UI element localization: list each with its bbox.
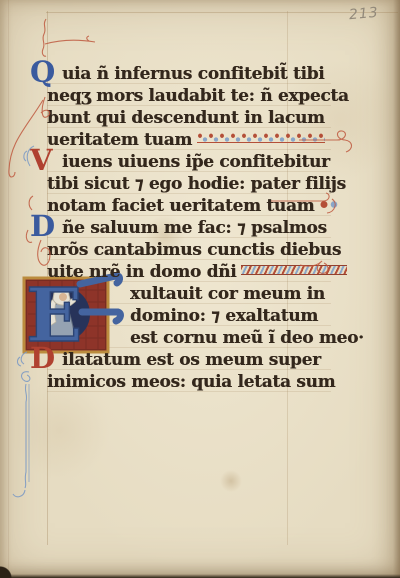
manuscript-page: 213 E Quia ñ infernus confitebit̃ tibi n… [0, 0, 400, 578]
text-line-5: Viuens uiuens ip̃e confitebitur [47, 152, 330, 174]
text-line-6: tibi sicut ⁊ ego hodie: pater filijs [47, 174, 346, 196]
line-filler-scallop [197, 133, 325, 143]
page-corner-shadow [0, 566, 16, 578]
page-edge-right [393, 0, 400, 578]
text-line-12: domino: ⁊ exaltatum [47, 306, 318, 328]
parchment-crease [8, 0, 9, 578]
text-line-15: inimicos meos: quia letata sum [47, 372, 335, 394]
ruling-line-top [46, 12, 398, 13]
page-edge-bottom [0, 574, 400, 578]
text-line-4: ueritatem tuam [47, 130, 325, 152]
line-filler-ornament [319, 200, 341, 209]
text-line-8: Dñe saluum me fac: ⁊ psalmos [47, 218, 327, 240]
text-line-10: uite nrẽ in domo dñi [47, 262, 347, 284]
text-line-3: bunt qui descendunt in lacum [47, 108, 325, 130]
text-line-11: xultauit cor meum in [47, 284, 325, 306]
folio-number: 213 [348, 5, 379, 24]
text-line-1: Quia ñ infernus confitebit̃ tibi [47, 64, 324, 86]
line-filler-zigzag [241, 265, 347, 275]
text-line-9: nrõs cantabimus cunctis diebus [47, 240, 341, 262]
pen-initial-v: V [30, 145, 52, 175]
text-line-13: est cornu meũ ĩ deo meo· [47, 328, 364, 350]
text-line-2: neqʒ mors laudabit te: ñ expecta [47, 86, 349, 108]
text-line-14: Dilatatum est os meum super [47, 350, 321, 372]
pen-initial-d-red: D [30, 343, 55, 373]
pen-initial-q: Q [30, 57, 55, 87]
text-line-7: notam faciet ueritatem tuam [47, 196, 341, 218]
pen-initial-d: D [30, 211, 55, 241]
